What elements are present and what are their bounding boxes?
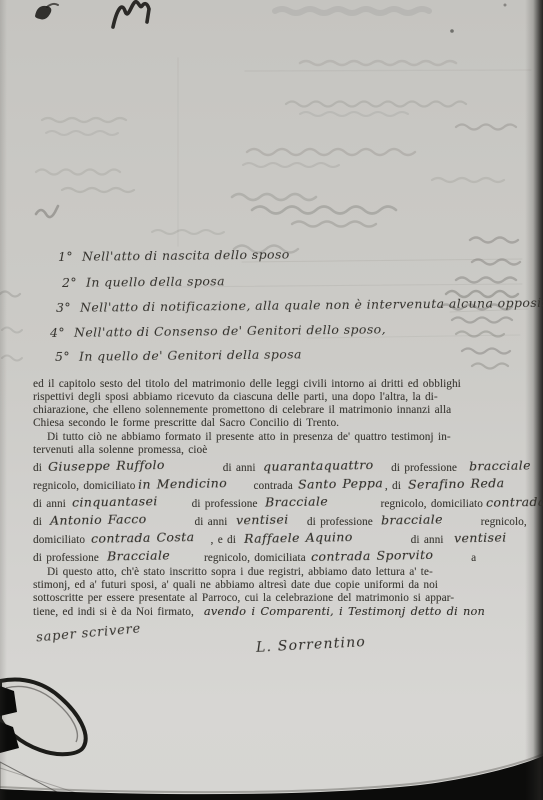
printed-text: di professione: [33, 552, 99, 564]
printed-paragraph-line: tervenuti alla solenne promessa, cioè: [33, 444, 207, 456]
handwritten-text: cinquantasei: [72, 493, 158, 509]
handwritten-text: bracciale: [381, 511, 443, 527]
printed-text: di anni: [194, 516, 227, 528]
witness-line: di annicinquantaseidi professioneBraccia…: [33, 495, 543, 510]
ink-blot: [35, 2, 507, 33]
printed-text: a: [471, 552, 476, 564]
checklist-item-number: 5°: [55, 349, 70, 364]
printed-paragraph-line: Di tutto ciò ne abbiamo formato il prese…: [47, 431, 451, 443]
witness-line: regnicolo, domiciliatoin Mendicinocontra…: [33, 477, 504, 492]
handwritten-text: bracciale: [469, 457, 531, 473]
checklist-item-number: 4°: [50, 325, 65, 340]
printed-paragraph-line: chiarazione, che elleno solennemente pro…: [33, 404, 451, 416]
handwritten-text: in Mendicino: [138, 475, 227, 492]
checklist-item: 5°In quello de' Genitori della sposa: [55, 346, 302, 364]
handwritten-text: ventisei: [236, 512, 289, 528]
printed-closing-last-line: tiene, ed indi si è da Noi firmato,avend…: [33, 605, 485, 618]
checklist-item-text: In quello della sposa: [86, 273, 225, 289]
bottom-edge-shadow: [0, 754, 543, 792]
printed-text: domiciliato: [33, 534, 85, 546]
printed-text: di: [33, 462, 42, 474]
printed-paragraph-line: stimonj, ed a' futuri sposi, a' quali ne…: [33, 579, 438, 591]
checklist-item-text: Nell'atto di nascita dello sposo: [82, 247, 290, 264]
printed-paragraph-line: sottoscritte per essere presentate al Pa…: [33, 592, 454, 604]
checklist-item-text: Nell'atto di notificazione, alla quale n…: [80, 295, 543, 315]
handwritten-text: contrada Sporvito: [311, 547, 434, 564]
checklist-item-number: 1°: [58, 249, 73, 264]
handwritten-text: avendo i Comparenti, i Testimonj detto d…: [204, 605, 485, 618]
document-scan: 1°Nell'atto di nascita dello sposo 2°In …: [0, 0, 543, 800]
printed-text: regnicolo, domiciliato: [33, 480, 135, 492]
printed-text: di professione: [307, 516, 373, 528]
bottom-scan-edge: [0, 756, 543, 800]
witness-line: diGiuseppe Ruffolodi anniquarantaquattro…: [33, 459, 531, 474]
printed-text: , e di: [211, 534, 236, 546]
checklist-item-number: 2°: [62, 275, 77, 290]
printed-paragraph-line: Di questo atto, ch'è stato inscritto sop…: [47, 566, 433, 578]
printed-text: tiene, ed indi si è da Noi firmato,: [33, 606, 194, 618]
checklist-item-number: 3°: [56, 300, 71, 315]
page-edge-shadow-right: [525, 0, 543, 800]
printed-text: di professione: [192, 498, 258, 510]
printed-text: , di: [385, 480, 401, 492]
witness-line: di professioneBraccialeregnicolo, domici…: [33, 549, 476, 564]
handwritten-text: ventisei: [453, 530, 506, 546]
printed-paragraph-line: ed il capitolo sesto del titolo del matr…: [33, 378, 461, 390]
handwritten-text: Giuseppe Ruffolo: [48, 457, 165, 474]
printed-paragraph-line: rispettivi degli sposi abbiamo ricevuto …: [33, 391, 438, 403]
handwritten-text: Antonio Facco: [50, 511, 147, 528]
printed-text: contrada: [253, 480, 292, 492]
handwritten-text: Raffaele Aquino: [244, 529, 353, 546]
handwritten-text: contrada Costa: [91, 529, 195, 546]
printed-paragraph-line: Chiesa secondo le forme prescritte dal S…: [33, 417, 339, 429]
handwritten-text: quarantaquattro: [262, 457, 373, 474]
printed-text: di anni: [223, 462, 256, 474]
printed-text: regnicolo, domiciliato: [381, 498, 483, 510]
checklist-item: 3°Nell'atto di notificazione, alla quale…: [56, 295, 543, 315]
printed-text: di: [33, 516, 42, 528]
checklist-item-text: In quello de' Genitori della sposa: [79, 346, 302, 363]
witness-line: diAntonio Faccodi anniventiseidi profess…: [33, 513, 527, 528]
handwritten-text: contrada Scala: [486, 493, 543, 510]
handwritten-text: Bracciale: [107, 547, 170, 563]
handwritten-text: Bracciale: [265, 493, 328, 509]
page-edge-shadow-left: [0, 0, 7, 800]
handwritten-text: Serafino Reda: [408, 475, 505, 492]
checklist-item-text: Nell'atto di Consenso de' Genitori dello…: [74, 321, 386, 339]
printed-text: di anni: [33, 498, 66, 510]
signature: L. Sorrentino: [256, 634, 367, 656]
page-fold: [0, 680, 98, 800]
printed-text: regnicolo,: [481, 516, 527, 528]
printed-text: di professione: [391, 462, 457, 474]
printed-text: di anni: [411, 534, 444, 546]
handwritten-text: Santo Peppa: [298, 475, 383, 491]
printed-text: regnicolo, domiciliata: [204, 552, 306, 564]
witness-line: domiciliatocontrada Costa, e diRaffaele …: [33, 531, 506, 546]
checklist-item: 2°In quello della sposa: [62, 273, 225, 290]
margin-note: saper scrivere: [36, 621, 142, 645]
checklist-item: 4°Nell'atto di Consenso de' Genitori del…: [50, 321, 386, 340]
checklist-item: 1°Nell'atto di nascita dello sposo: [58, 247, 290, 264]
